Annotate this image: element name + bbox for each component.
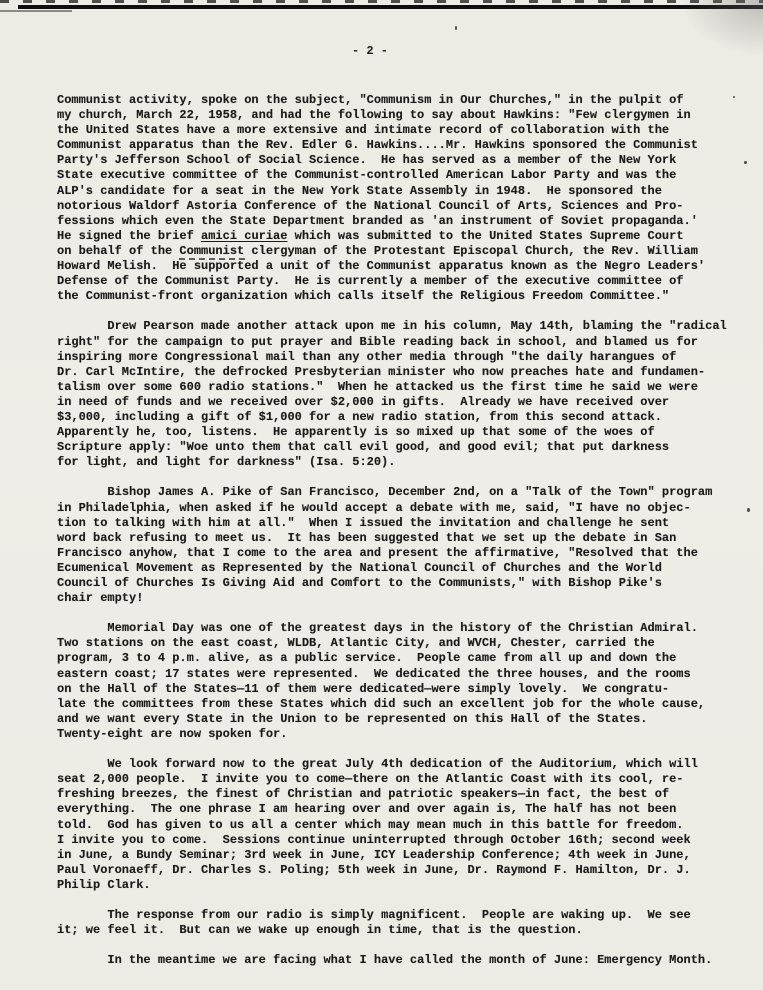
page-number: - 2 - xyxy=(0,44,740,59)
scanned-letter-page: - 2 - Communist activity, spoke on the s… xyxy=(0,0,763,990)
paragraph-bishop-pike: Bishop James A. Pike of San Francisco, D… xyxy=(57,485,759,606)
scan-artifact-dashes xyxy=(0,0,763,3)
scan-artifact-line-left xyxy=(0,10,72,12)
paragraph-communist-activity: Communist activity, spoke on the subject… xyxy=(57,93,759,304)
paragraph-drew-pearson: Drew Pearson made another attack upon me… xyxy=(57,319,759,470)
paragraph-memorial-day: Memorial Day was one of the greatest day… xyxy=(57,621,759,742)
scan-artifact-line xyxy=(18,5,763,9)
paragraph-emergency-month: In the meantime we are facing what I hav… xyxy=(57,953,759,968)
underlined-phrase-amici-curiae: amici curiae xyxy=(201,229,287,243)
letter-body: Communist activity, spoke on the subject… xyxy=(57,93,759,984)
paragraph-radio-response: The response from our radio is simply ma… xyxy=(57,908,759,938)
paragraph-text-segment: Communist activity, spoke on the subject… xyxy=(57,93,698,243)
scan-speck xyxy=(455,26,457,30)
paragraph-july-4th: We look forward now to the great July 4t… xyxy=(57,757,759,893)
